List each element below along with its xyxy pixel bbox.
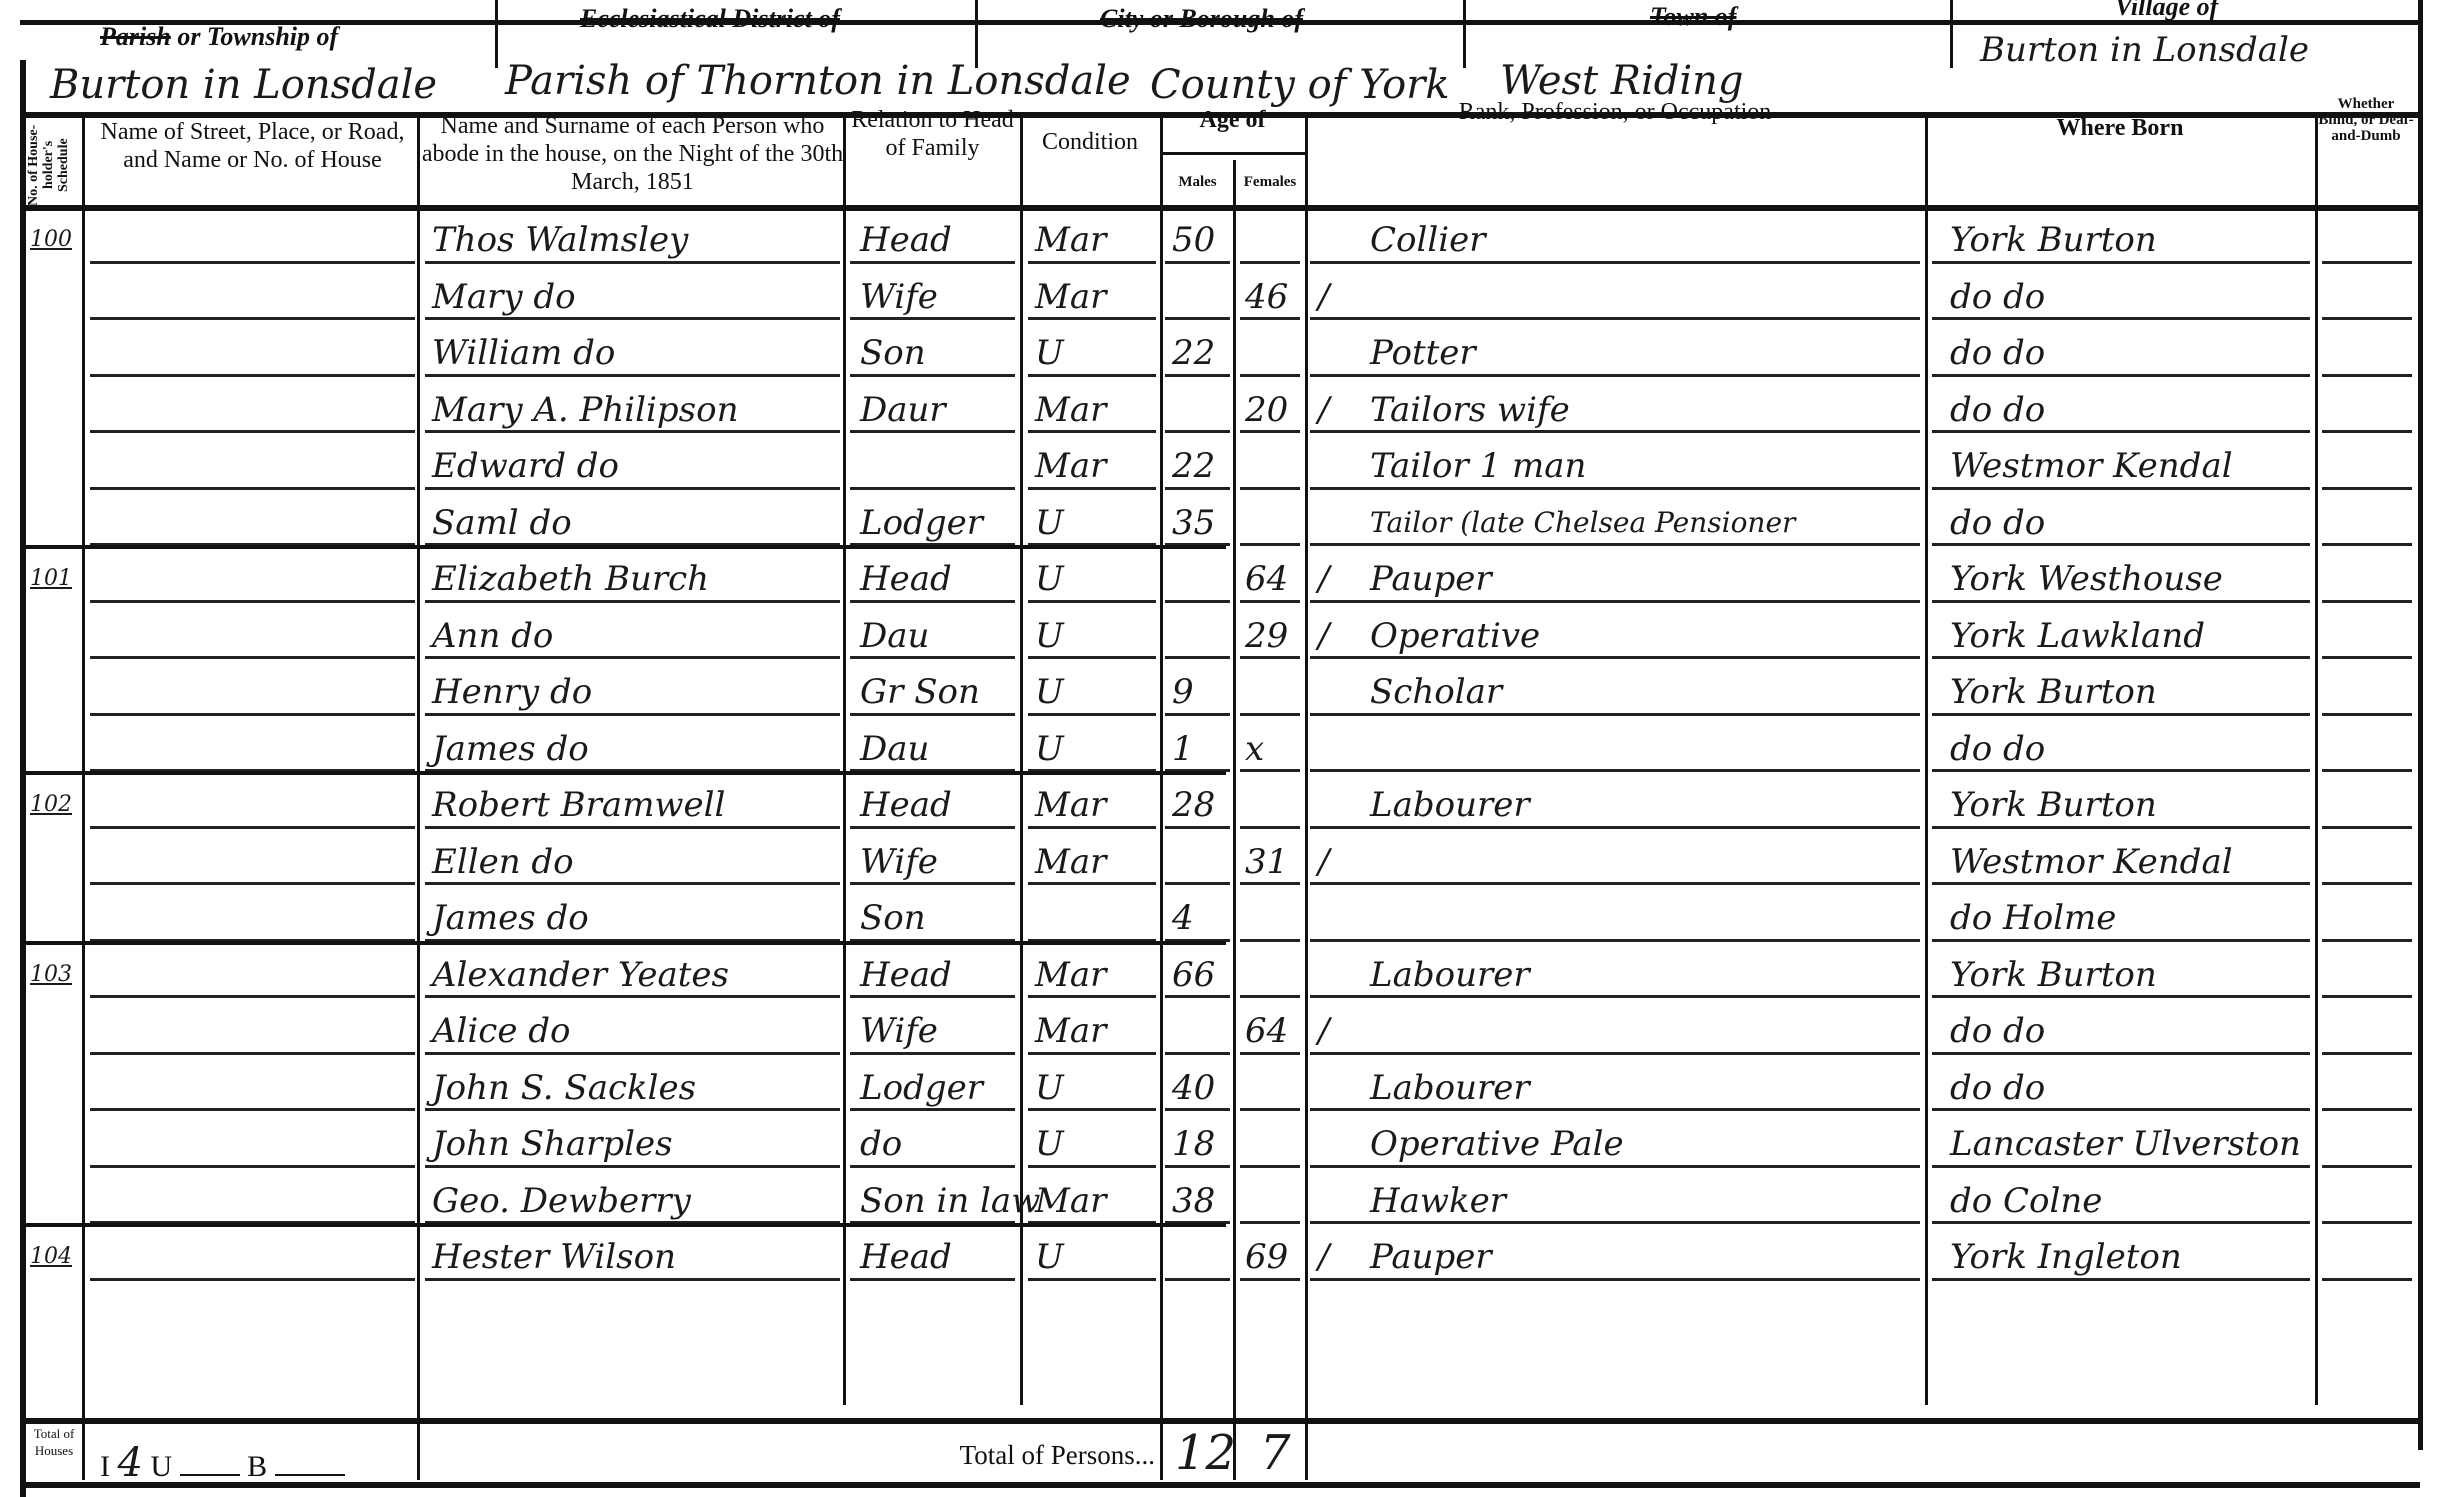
row-rule bbox=[1165, 261, 1230, 264]
row-rule bbox=[1240, 600, 1300, 603]
row-rule bbox=[1165, 487, 1230, 490]
household-separator bbox=[26, 771, 1226, 775]
row-rule bbox=[1310, 1221, 1920, 1224]
village-value: Burton in Lonsdale bbox=[1980, 30, 2309, 70]
row-rule bbox=[90, 600, 415, 603]
row-rule bbox=[850, 374, 1015, 377]
row-rule bbox=[850, 656, 1015, 659]
row-rule bbox=[1932, 317, 2310, 320]
row-rule bbox=[1240, 826, 1300, 829]
total-males: 12 bbox=[1175, 1425, 1236, 1481]
row-rule bbox=[2322, 374, 2412, 377]
col-header-males: Males bbox=[1160, 168, 1235, 196]
row-rule bbox=[90, 1165, 415, 1168]
row-rule bbox=[1310, 430, 1920, 433]
col-rule-females bbox=[1305, 115, 1308, 1480]
row-rule bbox=[1240, 430, 1300, 433]
hdr-divider-1 bbox=[495, 0, 498, 68]
row-rule bbox=[1165, 600, 1230, 603]
row-rule bbox=[1028, 995, 1156, 998]
row-rule bbox=[2322, 995, 2412, 998]
row-rule bbox=[1932, 882, 2310, 885]
schedule-cell: 102 bbox=[30, 777, 72, 833]
header-bottom-rule bbox=[20, 205, 2420, 211]
row-rule bbox=[1310, 261, 1920, 264]
col-header-name: Name and Surname of each Person who abod… bbox=[420, 112, 845, 196]
row-rule bbox=[425, 713, 840, 716]
row-rule bbox=[850, 882, 1015, 885]
parish-value: Burton in Lonsdale bbox=[50, 62, 437, 108]
row-rule bbox=[90, 1278, 415, 1281]
left-border bbox=[20, 60, 26, 1497]
row-rule bbox=[850, 826, 1015, 829]
row-rule bbox=[850, 317, 1015, 320]
row-rule bbox=[1240, 1278, 1300, 1281]
row-rule bbox=[90, 656, 415, 659]
row-rule bbox=[1240, 374, 1300, 377]
row-rule bbox=[1028, 317, 1156, 320]
row-rule bbox=[1310, 487, 1920, 490]
row-rule bbox=[2322, 430, 2412, 433]
row-rule bbox=[1310, 826, 1920, 829]
row-rule bbox=[1932, 487, 2310, 490]
row-rule bbox=[1310, 656, 1920, 659]
row-rule bbox=[1932, 374, 2310, 377]
row-rule bbox=[1932, 1108, 2310, 1111]
row-rule bbox=[425, 317, 840, 320]
col-header-females: Females bbox=[1235, 168, 1305, 196]
row-rule bbox=[1165, 713, 1230, 716]
row-rule bbox=[1240, 656, 1300, 659]
row-rule bbox=[2322, 713, 2412, 716]
row-rule bbox=[1028, 261, 1156, 264]
row-rule bbox=[425, 1052, 840, 1055]
city-value: County of York bbox=[1150, 62, 1450, 108]
col-header-street: Name of Street, Place, or Road, and Name… bbox=[85, 118, 420, 174]
row-rule bbox=[425, 995, 840, 998]
col-header-blind: Whether Blind, or Deaf-and-Dumb bbox=[2318, 96, 2414, 144]
row-rule bbox=[850, 1108, 1015, 1111]
row-rule bbox=[1240, 261, 1300, 264]
row-rule bbox=[1028, 1108, 1156, 1111]
schedule-cell: 100 bbox=[30, 212, 72, 268]
col-rule-condition bbox=[1160, 115, 1163, 1480]
row-rule bbox=[90, 261, 415, 264]
row-rule bbox=[1932, 656, 2310, 659]
col-header-age-of: Age of bbox=[1160, 106, 1305, 134]
col-rule-born bbox=[2315, 115, 2318, 1405]
row-rule bbox=[1240, 1165, 1300, 1168]
row-rule bbox=[1240, 995, 1300, 998]
totals-bottom-rule bbox=[20, 1482, 2420, 1488]
schedule-cell: 103 bbox=[30, 947, 72, 1003]
row-rule bbox=[1165, 882, 1230, 885]
row-rule bbox=[1165, 430, 1230, 433]
row-rule bbox=[1310, 317, 1920, 320]
row-rule bbox=[1932, 1278, 2310, 1281]
row-rule bbox=[1028, 826, 1156, 829]
row-rule bbox=[1932, 713, 2310, 716]
row-rule bbox=[1932, 543, 2310, 546]
row-rule bbox=[90, 882, 415, 885]
row-rule bbox=[1028, 430, 1156, 433]
row-rule bbox=[90, 374, 415, 377]
row-rule bbox=[1165, 995, 1230, 998]
row-rule bbox=[1310, 1052, 1920, 1055]
row-rule bbox=[1165, 374, 1230, 377]
row-rule bbox=[2322, 1278, 2412, 1281]
row-rule bbox=[1932, 826, 2310, 829]
row-rule bbox=[90, 487, 415, 490]
total-houses-label: Total of Houses bbox=[28, 1425, 80, 1487]
total-females: 7 bbox=[1260, 1425, 1291, 1481]
row-rule bbox=[1240, 713, 1300, 716]
row-rule bbox=[850, 1052, 1015, 1055]
row-rule bbox=[1165, 1052, 1230, 1055]
parish-label: Parish or Township of bbox=[100, 22, 338, 52]
col-rule-street bbox=[417, 115, 420, 1480]
row-rule bbox=[1028, 1165, 1156, 1168]
row-rule bbox=[1240, 543, 1300, 546]
row-rule bbox=[1240, 939, 1300, 942]
row-rule bbox=[425, 656, 840, 659]
row-rule bbox=[2322, 261, 2412, 264]
row-rule bbox=[1932, 430, 2310, 433]
row-rule bbox=[2322, 317, 2412, 320]
row-rule bbox=[2322, 487, 2412, 490]
total-houses-values: I 4 U B bbox=[100, 1440, 345, 1486]
row-rule bbox=[90, 1052, 415, 1055]
row-rule bbox=[850, 713, 1015, 716]
row-rule bbox=[90, 430, 415, 433]
row-rule bbox=[1165, 826, 1230, 829]
ecclesiastical-label: Ecclesiastical District of bbox=[580, 4, 840, 34]
total-persons-label: Total of Persons... bbox=[900, 1440, 1155, 1471]
row-rule bbox=[1028, 600, 1156, 603]
row-rule bbox=[2322, 939, 2412, 942]
row-rule bbox=[1028, 713, 1156, 716]
row-rule bbox=[1240, 769, 1300, 772]
row-rule bbox=[1932, 939, 2310, 942]
household-separator bbox=[26, 941, 1226, 945]
row-rule bbox=[90, 713, 415, 716]
row-rule bbox=[850, 487, 1015, 490]
row-rule bbox=[1932, 261, 2310, 264]
row-rule bbox=[425, 1278, 840, 1281]
row-rule bbox=[1310, 713, 1920, 716]
row-rule bbox=[1310, 939, 1920, 942]
totals-top-rule bbox=[20, 1418, 2420, 1424]
row-rule bbox=[1028, 1052, 1156, 1055]
row-rule bbox=[425, 374, 840, 377]
col-header-condition: Condition bbox=[1020, 128, 1160, 156]
col-header-occupation: Rank, Profession, or Occupation bbox=[1450, 98, 1780, 126]
row-rule bbox=[1310, 600, 1920, 603]
row-rule bbox=[1310, 769, 1920, 772]
row-rule bbox=[1310, 995, 1920, 998]
row-rule bbox=[2322, 769, 2412, 772]
row-rule bbox=[1028, 487, 1156, 490]
row-rule bbox=[425, 1108, 840, 1111]
row-rule bbox=[1310, 1108, 1920, 1111]
row-rule bbox=[1310, 543, 1920, 546]
schedule-cell: 101 bbox=[30, 551, 72, 607]
schedule-cell: 104 bbox=[30, 1229, 72, 1285]
row-rule bbox=[1028, 374, 1156, 377]
row-rule bbox=[850, 261, 1015, 264]
row-rule bbox=[1240, 882, 1300, 885]
col-rule-schedule bbox=[82, 115, 85, 1480]
row-rule bbox=[1932, 600, 2310, 603]
col-rule-occupation bbox=[1925, 115, 1928, 1405]
row-rule bbox=[90, 995, 415, 998]
row-rule bbox=[2322, 826, 2412, 829]
row-rule bbox=[425, 826, 840, 829]
town-label: Town of bbox=[1650, 2, 1736, 32]
row-rule bbox=[1932, 995, 2310, 998]
city-label: City or Borough of bbox=[1100, 4, 1303, 34]
row-rule bbox=[2322, 1108, 2412, 1111]
row-rule bbox=[425, 261, 840, 264]
col-rule-name bbox=[843, 115, 846, 1405]
row-rule bbox=[2322, 656, 2412, 659]
row-rule bbox=[1240, 317, 1300, 320]
col-header-relation: Relation to Head of Family bbox=[845, 106, 1020, 162]
household-separator bbox=[26, 1223, 1226, 1227]
row-rule bbox=[1310, 374, 1920, 377]
row-rule bbox=[2322, 882, 2412, 885]
row-rule bbox=[1240, 1221, 1300, 1224]
row-rule bbox=[850, 1278, 1015, 1281]
row-rule bbox=[1028, 1278, 1156, 1281]
row-rule bbox=[1932, 769, 2310, 772]
hdr-divider-4 bbox=[1950, 0, 1953, 68]
row-rule bbox=[425, 600, 840, 603]
row-rule bbox=[1165, 1278, 1230, 1281]
row-rule bbox=[1310, 1165, 1920, 1168]
row-rule bbox=[1028, 656, 1156, 659]
row-rule bbox=[850, 600, 1015, 603]
row-rule bbox=[2322, 1221, 2412, 1224]
row-rule bbox=[425, 1165, 840, 1168]
row-rule bbox=[2322, 543, 2412, 546]
row-rule bbox=[1932, 1221, 2310, 1224]
row-rule bbox=[1165, 656, 1230, 659]
right-border bbox=[2418, 0, 2423, 1450]
row-rule bbox=[1165, 317, 1230, 320]
row-rule bbox=[1240, 487, 1300, 490]
col-header-where-born: Where Born bbox=[1925, 114, 2315, 142]
row-rule bbox=[2322, 1052, 2412, 1055]
col-header-schedule: No. of House-holder's Schedule bbox=[26, 120, 82, 210]
row-rule bbox=[425, 487, 840, 490]
household-separator bbox=[26, 545, 1226, 549]
row-rule bbox=[1165, 1108, 1230, 1111]
village-label: Village of bbox=[2115, 0, 2218, 22]
row-rule bbox=[1165, 1165, 1230, 1168]
row-rule bbox=[1932, 1052, 2310, 1055]
row-rule bbox=[90, 317, 415, 320]
col-rule-males bbox=[1233, 160, 1236, 1480]
row-rule bbox=[90, 826, 415, 829]
row-rule bbox=[850, 995, 1015, 998]
hdr-divider-3 bbox=[1463, 0, 1466, 68]
row-rule bbox=[1240, 1108, 1300, 1111]
row-rule bbox=[1310, 882, 1920, 885]
ecclesiastical-value: Parish of Thornton in Lonsdale bbox=[505, 58, 1131, 104]
row-rule bbox=[425, 882, 840, 885]
row-rule bbox=[2322, 1165, 2412, 1168]
row-rule bbox=[850, 1165, 1015, 1168]
age-divider bbox=[1163, 152, 1305, 155]
row-rule bbox=[1932, 1165, 2310, 1168]
row-rule bbox=[1240, 1052, 1300, 1055]
row-rule bbox=[2322, 600, 2412, 603]
row-rule bbox=[850, 430, 1015, 433]
row-rule bbox=[425, 430, 840, 433]
row-rule bbox=[1028, 882, 1156, 885]
row-rule bbox=[90, 1108, 415, 1111]
row-rule bbox=[1310, 1278, 1920, 1281]
